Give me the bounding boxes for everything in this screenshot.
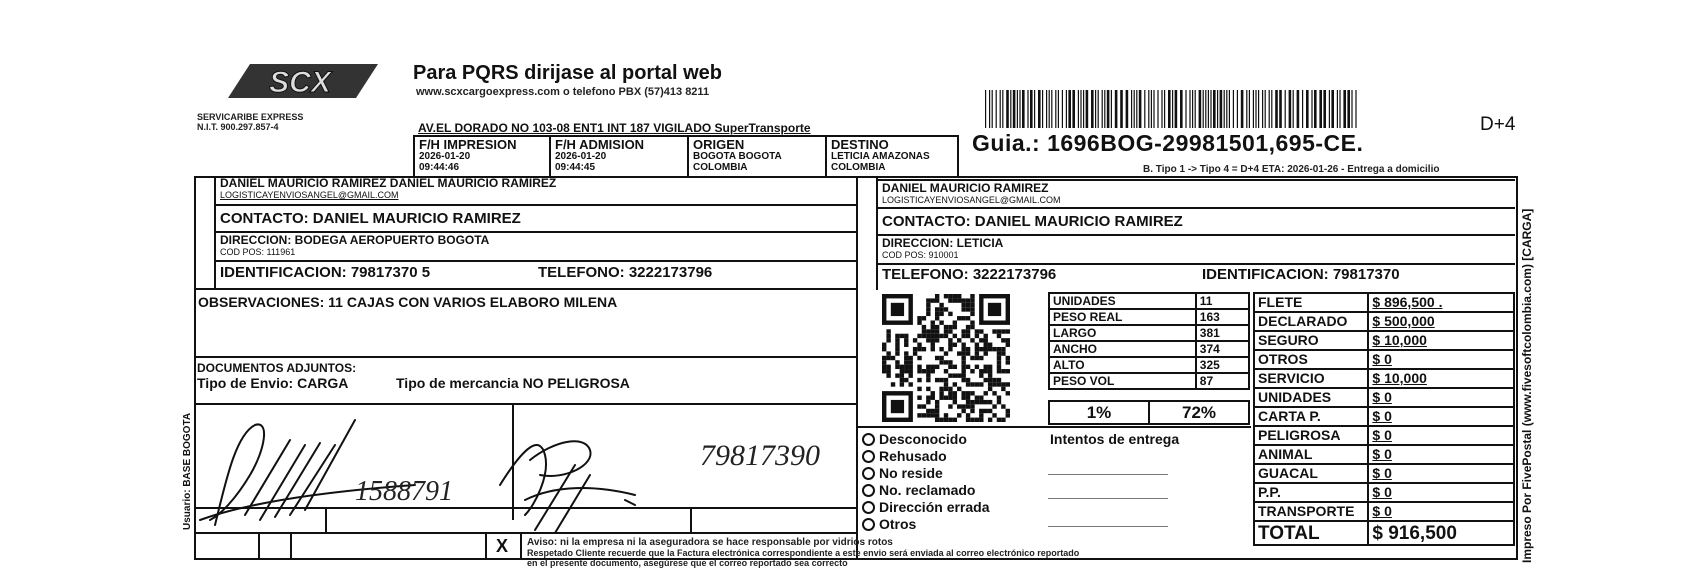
charge-value: $ 0: [1368, 426, 1514, 445]
destination-box: DESTINO LETICIA AMAZONAS COLOMBIA: [825, 135, 959, 178]
notice-line-1: Aviso: ni la empresa ni la aseguradora s…: [527, 538, 1079, 548]
signature-area: 1588791 79817390: [195, 405, 855, 535]
attempt-line-3[interactable]: [1048, 526, 1168, 527]
sender-phone-value: TELEFONO: 3222173796: [538, 264, 712, 281]
radio-icon[interactable]: [862, 518, 875, 531]
notice: Aviso: ni la empresa ni la aseguradora s…: [527, 538, 1079, 568]
charge-row: OTROS$ 0: [1254, 350, 1514, 369]
signature-icon: 1588791 79817390: [195, 405, 855, 535]
box-value: LETICIA AMAZONAS: [831, 151, 953, 162]
charge-row: CARTA P.$ 0: [1254, 407, 1514, 426]
charge-label: SERVICIO: [1254, 369, 1368, 388]
sender-contact: CONTACTO: DANIEL MAURICIO RAMIREZ: [220, 210, 852, 227]
divider: [856, 426, 1251, 428]
charge-row: TRANSPORTE$ 0: [1254, 502, 1514, 521]
barcode: [985, 90, 1360, 128]
dimension-row: ANCHO374: [1049, 341, 1249, 357]
delivery-attempts-label: Intentos de entrega: [1050, 431, 1179, 447]
box-value: COLOMBIA: [831, 162, 953, 173]
total-row: TOTAL $ 916,500: [1254, 521, 1514, 545]
box-value: BOGOTA BOGOTA: [693, 151, 821, 162]
observations-text: OBSERVACIONES: 11 CAJAS CON VARIOS ELABO…: [198, 294, 617, 310]
status-option-label: No. reclamado: [879, 482, 975, 499]
recipient-panel: DANIEL MAURICIO RAMIREZ LOGISTICAYENVIOS…: [878, 179, 1518, 290]
percentages-table: 1% 72%: [1048, 400, 1250, 425]
recipient-phone: TELEFONO: 3222173796: [882, 266, 1056, 284]
sender-panel: DANIEL MAURICIO RAMIREZ DANIEL MAURICIO …: [216, 176, 856, 290]
charge-row: ANIMAL$ 0: [1254, 445, 1514, 464]
box-label: F/H ADMISION: [555, 138, 683, 151]
dimension-row: LARGO381: [1049, 325, 1249, 341]
box-value: 2026-01-20: [419, 151, 545, 162]
charge-label: DECLARADO: [1254, 312, 1368, 331]
charge-row: UNIDADES$ 0: [1254, 388, 1514, 407]
status-option[interactable]: Rehusado: [862, 448, 990, 465]
charge-label: CARTA P.: [1254, 407, 1368, 426]
divider: [485, 532, 487, 560]
charge-row: DECLARADO$ 500,000: [1254, 312, 1514, 331]
charge-value: $ 0: [1368, 483, 1514, 502]
divider: [194, 288, 858, 290]
charge-value: $ 500,000: [1368, 312, 1514, 331]
charge-value: $ 0: [1368, 464, 1514, 483]
radio-icon[interactable]: [862, 450, 875, 463]
user-label: Usuario: BASE BOGOTA: [182, 413, 193, 530]
box-value: COLOMBIA: [693, 162, 821, 173]
documents-label: DOCUMENTOS ADJUNTOS:: [197, 361, 356, 375]
charge-value: $ 10,000: [1368, 369, 1514, 388]
pqrs-contact: www.scxcargoexpress.com o telefono PBX (…: [416, 86, 709, 98]
dimension-row: PESO VOL87: [1049, 373, 1249, 389]
guia-label: Guia.:: [972, 130, 1040, 156]
charge-label: ANIMAL: [1254, 445, 1368, 464]
dimension-value: 325: [1196, 357, 1249, 373]
status-option[interactable]: No reside: [862, 465, 990, 482]
radio-icon[interactable]: [862, 501, 875, 514]
divider: [258, 532, 260, 560]
charge-value: $ 896,500 .: [1368, 293, 1514, 312]
dimension-value: 381: [1196, 325, 1249, 341]
attempt-line-2[interactable]: [1048, 498, 1168, 499]
checkbox-mark[interactable]: X: [496, 536, 508, 557]
recipient-id-value: IDENTIFICACION: 79817370: [1202, 266, 1400, 283]
charge-label: TRANSPORTE: [1254, 502, 1368, 521]
recipient-postal-code: COD POS: 910001: [882, 250, 1511, 260]
charge-label: PELIGROSA: [1254, 426, 1368, 445]
dimension-row: ALTO325: [1049, 357, 1249, 373]
svg-text:1588791: 1588791: [355, 476, 453, 507]
status-option-label: Desconocido: [879, 431, 967, 448]
sender-name: DANIEL MAURICIO RAMIREZ DANIEL MAURICIO …: [220, 177, 852, 190]
dimension-value: 374: [1196, 341, 1249, 357]
box-label: F/H IMPRESION: [419, 138, 545, 151]
dimension-label: ALTO: [1049, 357, 1196, 373]
dimension-value: 87: [1196, 373, 1249, 389]
company-name: SERVICARIBE EXPRESS: [197, 112, 303, 122]
attempt-line-1[interactable]: [1048, 474, 1168, 475]
company-nit: N.I.T. 900.297.857-4: [197, 122, 303, 132]
status-option[interactable]: Dirección errada: [862, 499, 990, 516]
charge-row: SEGURO$ 10,000: [1254, 331, 1514, 350]
recipient-identification: IDENTIFICACION: 79817370: [1202, 266, 1400, 284]
sender-identification: IDENTIFICACION: 79817370 5: [220, 264, 430, 282]
radio-icon[interactable]: [862, 484, 875, 497]
status-option-label: Rehusado: [879, 448, 947, 465]
charges-table: FLETE$ 896,500 .DECLARADO$ 500,000SEGURO…: [1253, 292, 1515, 546]
dimension-label: LARGO: [1049, 325, 1196, 341]
merchandise-type: Tipo de mercancia NO PELIGROSA: [396, 375, 630, 391]
sender-phone: TELEFONO: 3222173796: [538, 264, 712, 282]
center-strip: [856, 176, 878, 290]
box-value: 09:44:46: [419, 162, 545, 173]
guia-value: 1696BOG-29981501,695-CE.: [1047, 130, 1363, 156]
divider: [856, 288, 858, 560]
observations: OBSERVACIONES: 11 CAJAS CON VARIOS ELABO…: [198, 294, 617, 312]
status-option[interactable]: No. reclamado: [862, 482, 990, 499]
service-level: D+4: [1480, 114, 1515, 136]
charge-value: $ 0: [1368, 407, 1514, 426]
dimension-row: UNIDADES11: [1049, 293, 1249, 309]
charge-value: $ 10,000: [1368, 331, 1514, 350]
status-option[interactable]: Otros: [862, 516, 990, 533]
charge-label: GUACAL: [1254, 464, 1368, 483]
charge-row: PELIGROSA$ 0: [1254, 426, 1514, 445]
charge-label: FLETE: [1254, 293, 1368, 312]
radio-icon[interactable]: [862, 433, 875, 446]
charge-value: $ 0: [1368, 445, 1514, 464]
admission-datetime-box: F/H ADMISION 2026-01-20 09:44:45: [549, 135, 689, 178]
delivery-type-line: B. Tipo 1 -> Tipo 4 = D+4 ETA: 2026-01-2…: [1143, 164, 1439, 175]
total-value: $ 916,500: [1368, 521, 1514, 545]
percentage-a: 1%: [1049, 401, 1149, 424]
charge-label: UNIDADES: [1254, 388, 1368, 407]
box-value: 2026-01-20: [555, 151, 683, 162]
dimension-label: UNIDADES: [1049, 293, 1196, 309]
status-option[interactable]: Desconocido: [862, 431, 990, 448]
dimension-label: PESO VOL: [1049, 373, 1196, 389]
pqrs-title: Para PQRS dirijase al portal web: [413, 62, 722, 85]
dimension-label: PESO REAL: [1049, 309, 1196, 325]
charge-row: FLETE$ 896,500 .: [1254, 293, 1514, 312]
svg-text:79817390: 79817390: [700, 439, 820, 472]
notice-line-2: Respetado Cliente recuerde que la Factur…: [527, 548, 1079, 558]
sender-address: DIRECCION: BODEGA AEROPUERTO BOGOTA: [220, 234, 852, 247]
company-address: AV.EL DORADO NO 103-08 ENT1 INT 187 VIGI…: [418, 121, 811, 135]
charge-value: $ 0: [1368, 388, 1514, 407]
recipient-contact: CONTACTO: DANIEL MAURICIO RAMIREZ: [882, 213, 1511, 230]
dimension-row: PESO REAL163: [1049, 309, 1249, 325]
print-datetime-box: F/H IMPRESION 2026-01-20 09:44:46: [413, 135, 551, 178]
total-label: TOTAL: [1254, 521, 1368, 545]
percentage-b: 72%: [1149, 401, 1249, 424]
divider: [520, 532, 522, 560]
status-option-label: No reside: [879, 465, 943, 482]
qr-code: [882, 294, 1010, 422]
charge-row: GUACAL$ 0: [1254, 464, 1514, 483]
guia-number: Guia.: 1696BOG-29981501,695-CE.: [972, 130, 1363, 157]
charge-value: $ 0: [1368, 350, 1514, 369]
sender-id-value: IDENTIFICACION: 79817370 5: [220, 264, 430, 281]
dimension-value: 11: [1196, 293, 1249, 309]
status-option-label: Otros: [879, 516, 916, 533]
charge-row: P.P.$ 0: [1254, 483, 1514, 502]
box-value: 09:44:45: [555, 162, 683, 173]
radio-icon[interactable]: [862, 467, 875, 480]
recipient-email: LOGISTICAYENVIOSANGEL@GMAIL.COM: [882, 195, 1511, 205]
origin-box: ORIGEN BOGOTA BOGOTA COLOMBIA: [687, 135, 827, 178]
charge-value: $ 0: [1368, 502, 1514, 521]
charge-label: P.P.: [1254, 483, 1368, 502]
divider: [194, 356, 858, 358]
dimension-label: ANCHO: [1049, 341, 1196, 357]
delivery-status-options: DesconocidoRehusadoNo resideNo. reclamad…: [862, 431, 990, 533]
recipient-name: DANIEL MAURICIO RAMIREZ: [882, 182, 1511, 195]
recipient-phone-value: TELEFONO: 3222173796: [882, 266, 1056, 283]
svg-text:SCX: SCX: [269, 66, 333, 99]
printed-by-label: Impreso Por FivePostal (www.fivesoftcolo…: [1520, 209, 1534, 563]
sender-postal-code: COD POS: 111961: [220, 247, 852, 257]
dimension-value: 163: [1196, 309, 1249, 325]
box-label: ORIGEN: [693, 138, 821, 151]
scx-logo: SCX: [228, 62, 378, 100]
box-label: DESTINO: [831, 138, 953, 151]
divider: [290, 532, 292, 560]
notice-line-3: en el presente documento, asegúrese que …: [527, 558, 1079, 568]
sender-margin: [194, 176, 216, 290]
recipient-address: DIRECCION: LETICIA: [882, 237, 1511, 250]
status-option-label: Dirección errada: [879, 499, 990, 516]
charge-label: OTROS: [1254, 350, 1368, 369]
shipment-type: Tipo de Envio: CARGA: [197, 375, 348, 391]
charge-row: SERVICIO$ 10,000: [1254, 369, 1514, 388]
charge-label: SEGURO: [1254, 331, 1368, 350]
company-info: SERVICARIBE EXPRESS N.I.T. 900.297.857-4: [197, 112, 303, 132]
dimensions-table: UNIDADES11PESO REAL163LARGO381ANCHO374AL…: [1048, 292, 1250, 390]
sender-email: LOGISTICAYENVIOSANGEL@GMAIL.COM: [220, 190, 852, 200]
